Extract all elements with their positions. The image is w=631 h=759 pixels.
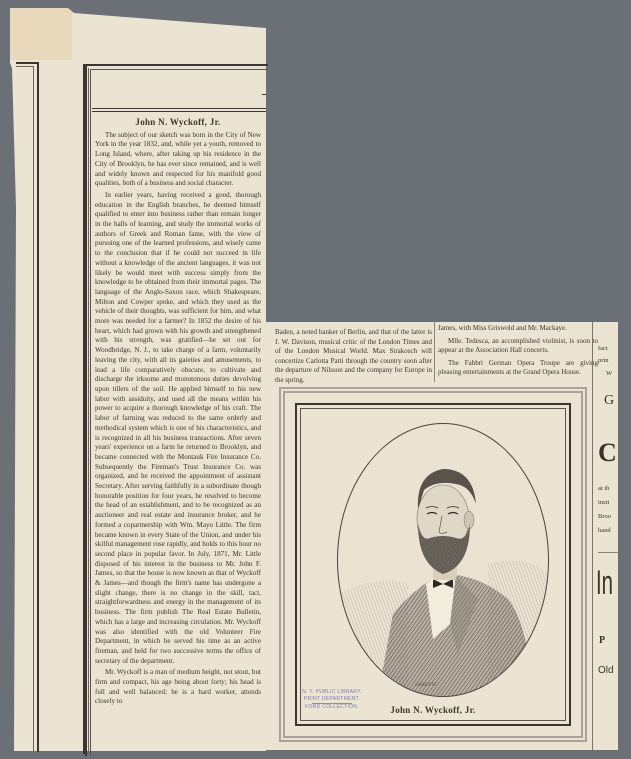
engraver-signature: SMART SC [415, 683, 438, 688]
edge-fragment: Broo [598, 512, 611, 522]
article-paragraph: The subject of our sketch was born in th… [95, 131, 261, 189]
left-top-rule-thin [16, 66, 34, 67]
article-title: John N. Wyckoff, Jr. [95, 118, 261, 128]
edge-fragment: G [604, 396, 614, 406]
article-body: John N. Wyckoff, Jr. The subject of our … [95, 118, 261, 709]
edge-fragment: C [598, 448, 617, 458]
edge-fragment: In [596, 566, 613, 600]
music-note: The Fabbri German Opera Troupe are givin… [438, 359, 598, 378]
edge-rule [598, 552, 618, 553]
stamp-line: PRINT DEPARTMENT. [292, 696, 372, 703]
article-paragraph: Mr. Wyckoff is a man of medium height, n… [95, 668, 261, 707]
folded-corner [10, 8, 72, 60]
column-separator [434, 322, 435, 382]
header-rule-2 [92, 111, 266, 112]
music-notes-column-2: James, with Miss Griswold and Mr. Mackay… [438, 324, 598, 381]
edge-fragment: fact [598, 344, 608, 354]
edge-fragment: prin [598, 356, 608, 366]
edge-column-fragments: fact prin W G C at th insti Broo hand In… [596, 322, 618, 750]
music-notes-column-1: Baden, a noted banker of Berlin, and tha… [275, 328, 432, 386]
edge-fragment: at th [598, 484, 609, 494]
edge-fragment: P [599, 636, 607, 646]
left-border-rule-thin [33, 66, 34, 752]
edge-fragment: insti [598, 498, 609, 508]
library-stamp: N. Y. PUBLIC LIBRARY, PRINT DEPARTMENT. … [292, 689, 372, 711]
portrait-oval [337, 423, 549, 697]
music-note: James, with Miss Griswold and Mr. Mackay… [438, 324, 598, 334]
edge-fragment: Old [598, 666, 614, 676]
edge-column-separator [592, 322, 593, 750]
left-border-rule [37, 62, 39, 752]
header-rule-1 [92, 108, 266, 109]
header-dash [262, 94, 266, 95]
edge-fragment: W [606, 369, 612, 379]
stamp-line: N. Y. PUBLIC LIBRARY, [292, 689, 372, 696]
stamp-line: FORD COLLECTION. [292, 704, 372, 711]
right-clipping: Baden, a noted banker of Berlin, and tha… [266, 322, 618, 750]
edge-fragment: hand [598, 526, 611, 536]
engraved-portrait-icon [338, 424, 548, 696]
portrait-frame-outer: SMART SC John N. Wyckoff, Jr. N. Y. PUBL… [279, 387, 587, 742]
music-note: Mlle. Tedesca, an accomplished violinist… [438, 337, 598, 356]
article-paragraph: In earlier years, having received a good… [95, 191, 261, 666]
left-top-rule [16, 62, 39, 64]
